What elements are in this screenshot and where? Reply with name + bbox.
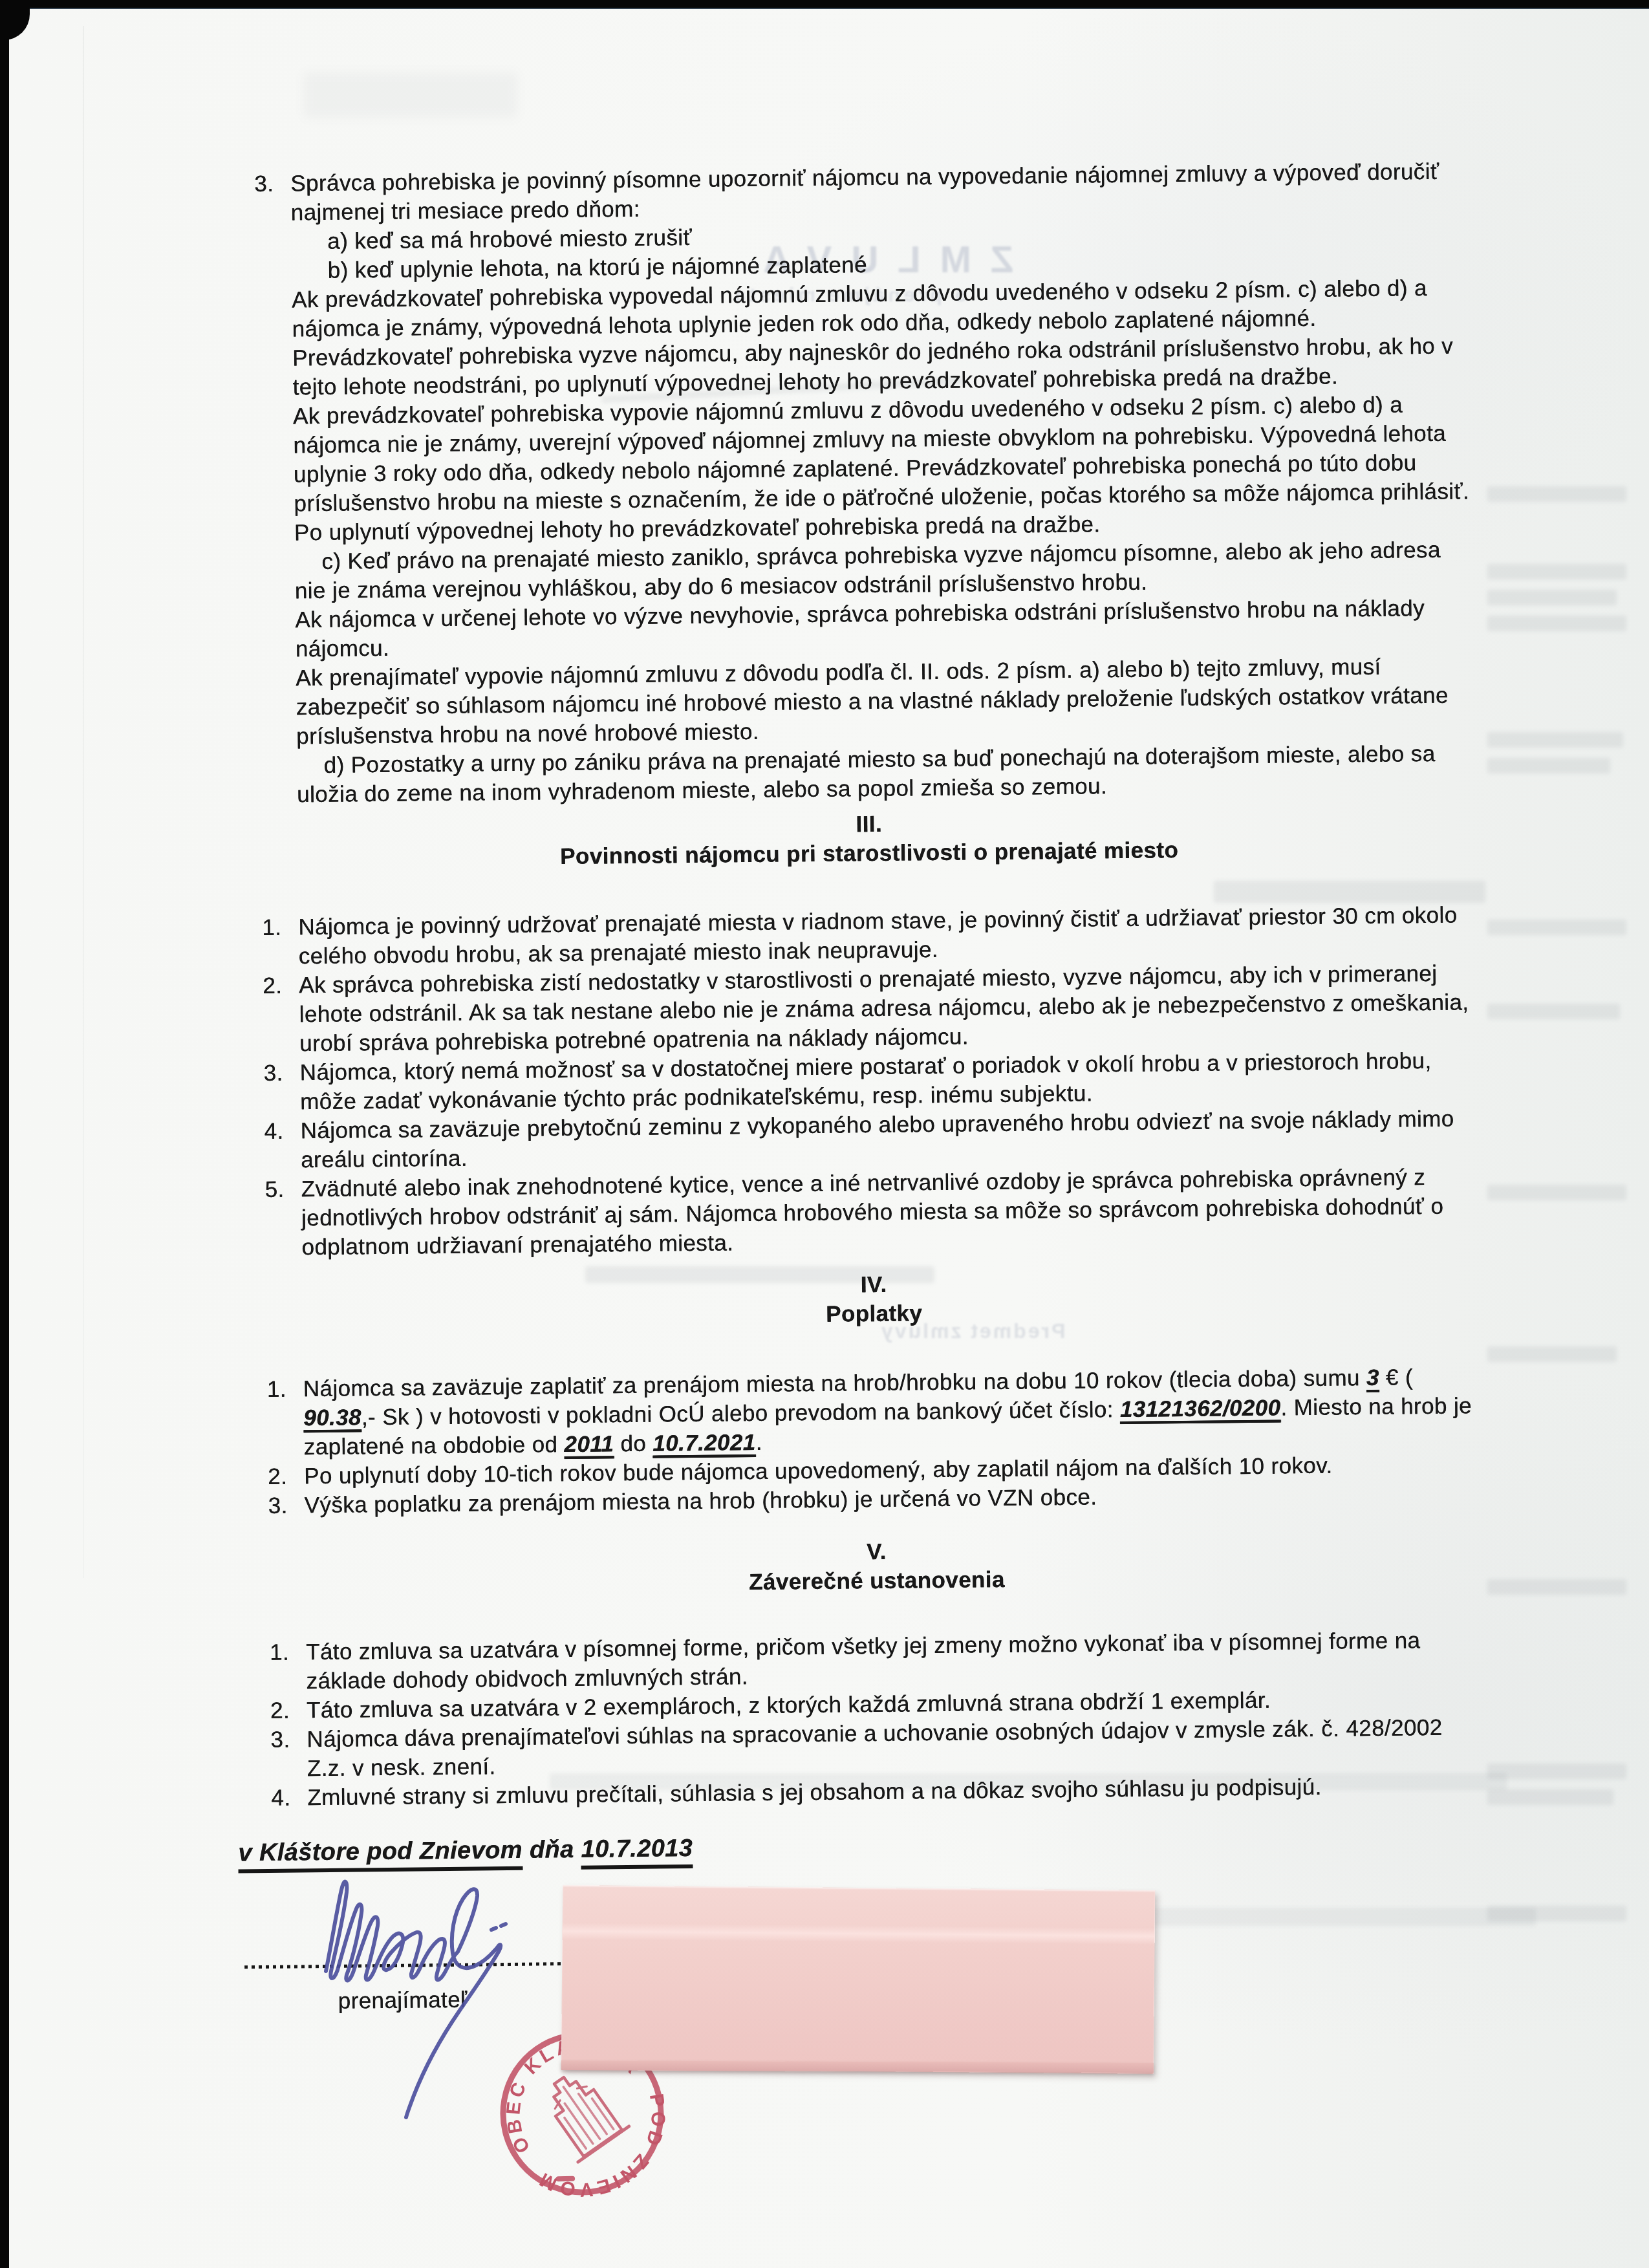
clause-iii-2-number: 2. xyxy=(263,971,299,1059)
clause-ii-3-text: Správca pohrebiska je povinný písomne up… xyxy=(290,157,1471,227)
clause-ii-para2: Ak prevádzkovateľ pohrebiska vypovie náj… xyxy=(257,389,1474,548)
clause-iii-1-number: 1. xyxy=(262,913,299,971)
clause-ii-para4: Ak prenajímateľ vypovie nájomnú zmluvu z… xyxy=(259,651,1476,751)
clause-iii-2-text: Ak správca pohrebiska zistí nedostatky v… xyxy=(299,958,1479,1058)
clause-iii-3-number: 3. xyxy=(263,1058,300,1117)
iv1-part: € ( xyxy=(1379,1365,1413,1390)
contract-body: 3. Správca pohrebiska je povinný písomne… xyxy=(254,157,1489,2016)
bleedthrough-smudge xyxy=(1487,564,1626,579)
bleedthrough-smudge xyxy=(1487,1579,1626,1595)
clause-ii-3d: d) Pozostatky a urny po zániku práva na … xyxy=(260,739,1476,810)
scanner-corner-top-left xyxy=(0,0,30,40)
iv1-sum-eur: 3 xyxy=(1366,1365,1379,1390)
closing-date: 10.7.2013 xyxy=(581,1835,693,1870)
bleedthrough-smudge xyxy=(1487,1185,1626,1200)
iv1-account-number: 13121362/0200 xyxy=(1120,1395,1281,1422)
bleedthrough-smudge xyxy=(1487,616,1626,631)
clause-iv-3-number: 3. xyxy=(268,1491,304,1520)
iv1-date-to: 10.7.2021 xyxy=(652,1430,756,1456)
iv1-date-from: 2011 xyxy=(564,1431,614,1457)
pink-paper-overlay xyxy=(561,1885,1155,2074)
bleedthrough-smudge xyxy=(1487,590,1617,605)
clause-iii-5-number: 5. xyxy=(264,1174,301,1262)
clause-ii-para1: Ak prevádzkovateľ pohrebiska vypovedal n… xyxy=(255,273,1472,402)
pink-paper-crease xyxy=(563,1923,1155,1945)
clause-v-1-number: 1. xyxy=(270,1637,307,1696)
clause-ii-3-number: 3. xyxy=(254,169,291,228)
bleedthrough-smudge xyxy=(1487,486,1626,502)
clause-v-3-number: 3. xyxy=(270,1725,307,1784)
bleedthrough-smudge xyxy=(1487,1789,1613,1805)
clause-iii-5-text: Zvädnuté alebo inak znehodnotené kytice,… xyxy=(301,1162,1481,1262)
iv1-part: do xyxy=(614,1431,652,1457)
clause-v-2-number: 2. xyxy=(270,1696,307,1725)
iv1-sum-sk: 90.38 xyxy=(303,1405,361,1431)
clause-iii-4-number: 4. xyxy=(264,1116,301,1175)
scanned-contract-page: ZMLUVA o prenájme miesta Predmet zmluvy … xyxy=(0,0,1649,2268)
clause-iii-5: 5. Zvädnuté alebo inak znehodnotené kyti… xyxy=(264,1162,1481,1262)
closing-dna: dňa xyxy=(530,1836,574,1864)
clause-iv-2-number: 2. xyxy=(268,1462,304,1491)
bleedthrough-smudge xyxy=(1487,1346,1617,1362)
clause-iv-1-number: 1. xyxy=(267,1374,304,1462)
bleedthrough-smudge xyxy=(1487,1004,1620,1019)
clause-v-4-number: 4. xyxy=(271,1783,307,1813)
bleedthrough-smudge xyxy=(304,72,517,118)
scanner-edge-left xyxy=(0,0,9,2268)
scanner-edge-top xyxy=(0,0,1649,9)
signature xyxy=(299,1868,512,2126)
closing-date-line: v Kláštore pod Znievom dňa 10.7.2013 xyxy=(238,1823,1487,1870)
bleedthrough-smudge xyxy=(1487,758,1610,773)
bleedthrough-smudge xyxy=(1487,1906,1626,1921)
bleedthrough-smudge xyxy=(1487,732,1623,748)
iv1-part: . xyxy=(755,1430,762,1455)
paper-crease xyxy=(83,26,84,1578)
iv1-part: ,- Sk ) v hotovosti v pokladni OcÚ alebo… xyxy=(361,1397,1120,1430)
clause-iii-2: 2. Ak správca pohrebiska zistí nedostatk… xyxy=(263,958,1479,1059)
bleedthrough-smudge xyxy=(1487,1764,1626,1779)
clause-iv-1-text: Nájomca sa zaväzuje zaplatiť za prenájom… xyxy=(303,1362,1483,1462)
stamp-emblem xyxy=(533,2063,629,2162)
bleedthrough-smudge xyxy=(1487,920,1626,935)
clause-iv-1: 1. Nájomca sa zaväzuje zaplatiť za prená… xyxy=(267,1362,1483,1462)
